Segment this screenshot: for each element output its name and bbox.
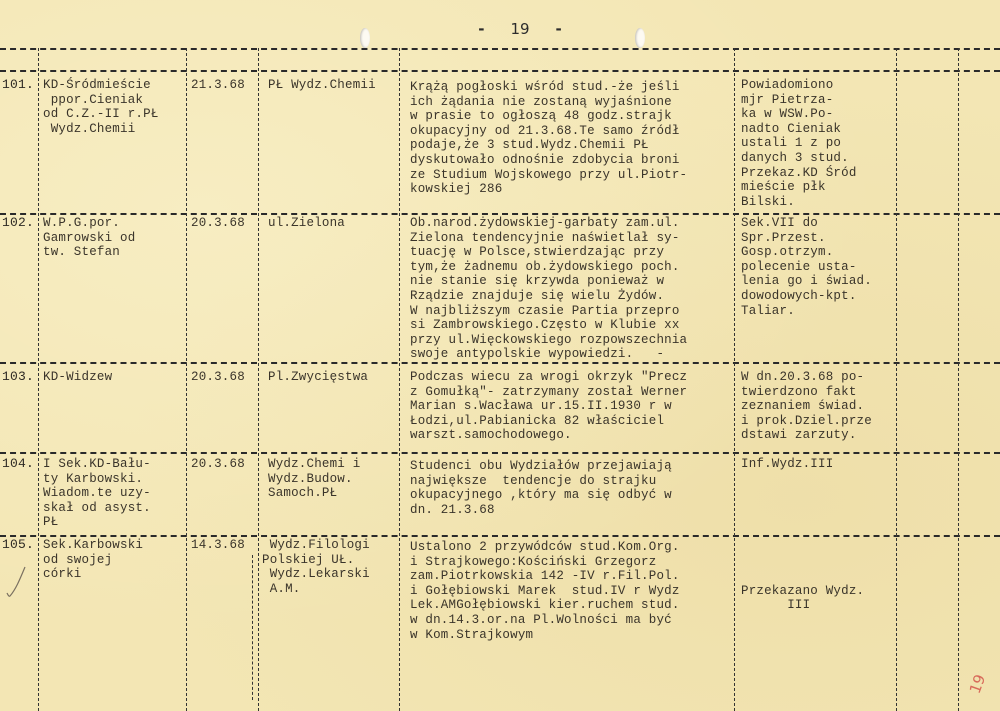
punch-hole-left: [360, 28, 370, 48]
place-cell: ul.Zielona: [268, 216, 345, 231]
date-cell: 14.3.68: [191, 538, 245, 553]
place-cell: Wydz.Filologi Polskiej UŁ. Wydz.Lekarski…: [262, 538, 370, 596]
content-cell: Studenci obu Wydziałów przejawiają najwi…: [410, 459, 672, 517]
source-cell: Sek.Karbowski od swojej córki: [43, 538, 143, 582]
result-cell: W dn.20.3.68 po- twierdzono fakt zeznani…: [741, 370, 872, 443]
date-cell: 20.3.68: [191, 216, 245, 231]
row-divider: [0, 362, 1000, 364]
content-cell: Ustalono 2 przywódców stud.Kom.Org. i St…: [410, 540, 680, 642]
column-divider-extra: [252, 555, 253, 700]
result-cell: Sek.VII do Spr.Przest. Gosp.otrzym. pole…: [741, 216, 872, 318]
date-cell: 21.3.68: [191, 78, 245, 93]
date-cell: 20.3.68: [191, 370, 245, 385]
check-mark-icon: [6, 565, 28, 599]
column-divider: [38, 48, 39, 711]
place-cell: Pl.Zwycięstwa: [268, 370, 368, 385]
column-divider: [186, 48, 187, 711]
result-cell: Powiadomiono mjr Pietrza- ka w WSW.Po- n…: [741, 78, 857, 209]
row-number: 102.: [2, 216, 34, 231]
table-top-rule: [0, 48, 1000, 50]
row-divider: [0, 452, 1000, 454]
row-number: 101.: [2, 78, 34, 93]
result-cell: Inf.Wydz.III: [741, 457, 833, 472]
source-cell: KD-Śródmieście ppor.Cieniak od C.Z.-II r…: [43, 78, 159, 136]
row-number: 104.: [2, 457, 34, 472]
content-cell: Podczas wiecu za wrogi okrzyk "Precz z G…: [410, 370, 687, 443]
source-cell: W.P.G.por. Gamrowski od tw. Stefan: [43, 216, 135, 260]
page-number: -19-: [420, 20, 620, 38]
archive-page-stamp: 19: [966, 672, 989, 696]
header-bottom-rule: [0, 70, 1000, 72]
row-divider: [0, 535, 1000, 537]
date-cell: 20.3.68: [191, 457, 245, 472]
column-divider: [734, 48, 735, 711]
source-cell: I Sek.KD-Bału- ty Karbowski. Wiadom.te u…: [43, 457, 151, 530]
place-cell: PŁ Wydz.Chemii: [268, 78, 376, 93]
column-divider: [258, 48, 259, 711]
source-cell: KD-Widzew: [43, 370, 112, 385]
column-divider: [958, 48, 959, 711]
row-number: 103.: [2, 370, 34, 385]
result-cell: Przekazano Wydz. III: [741, 540, 864, 613]
content-cell: Ob.narod.żydowskiej-garbaty zam.ul. Ziel…: [410, 216, 687, 362]
place-cell: Wydz.Chemi i Wydz.Budow. Samoch.PŁ: [268, 457, 360, 501]
content-cell: Krążą pogłoski wśród stud.-że jeśli ich …: [410, 80, 687, 197]
row-divider: [0, 213, 1000, 215]
punch-hole-right: [635, 28, 645, 48]
column-divider: [896, 48, 897, 711]
row-number: 105.: [2, 538, 34, 553]
column-divider: [399, 48, 400, 711]
